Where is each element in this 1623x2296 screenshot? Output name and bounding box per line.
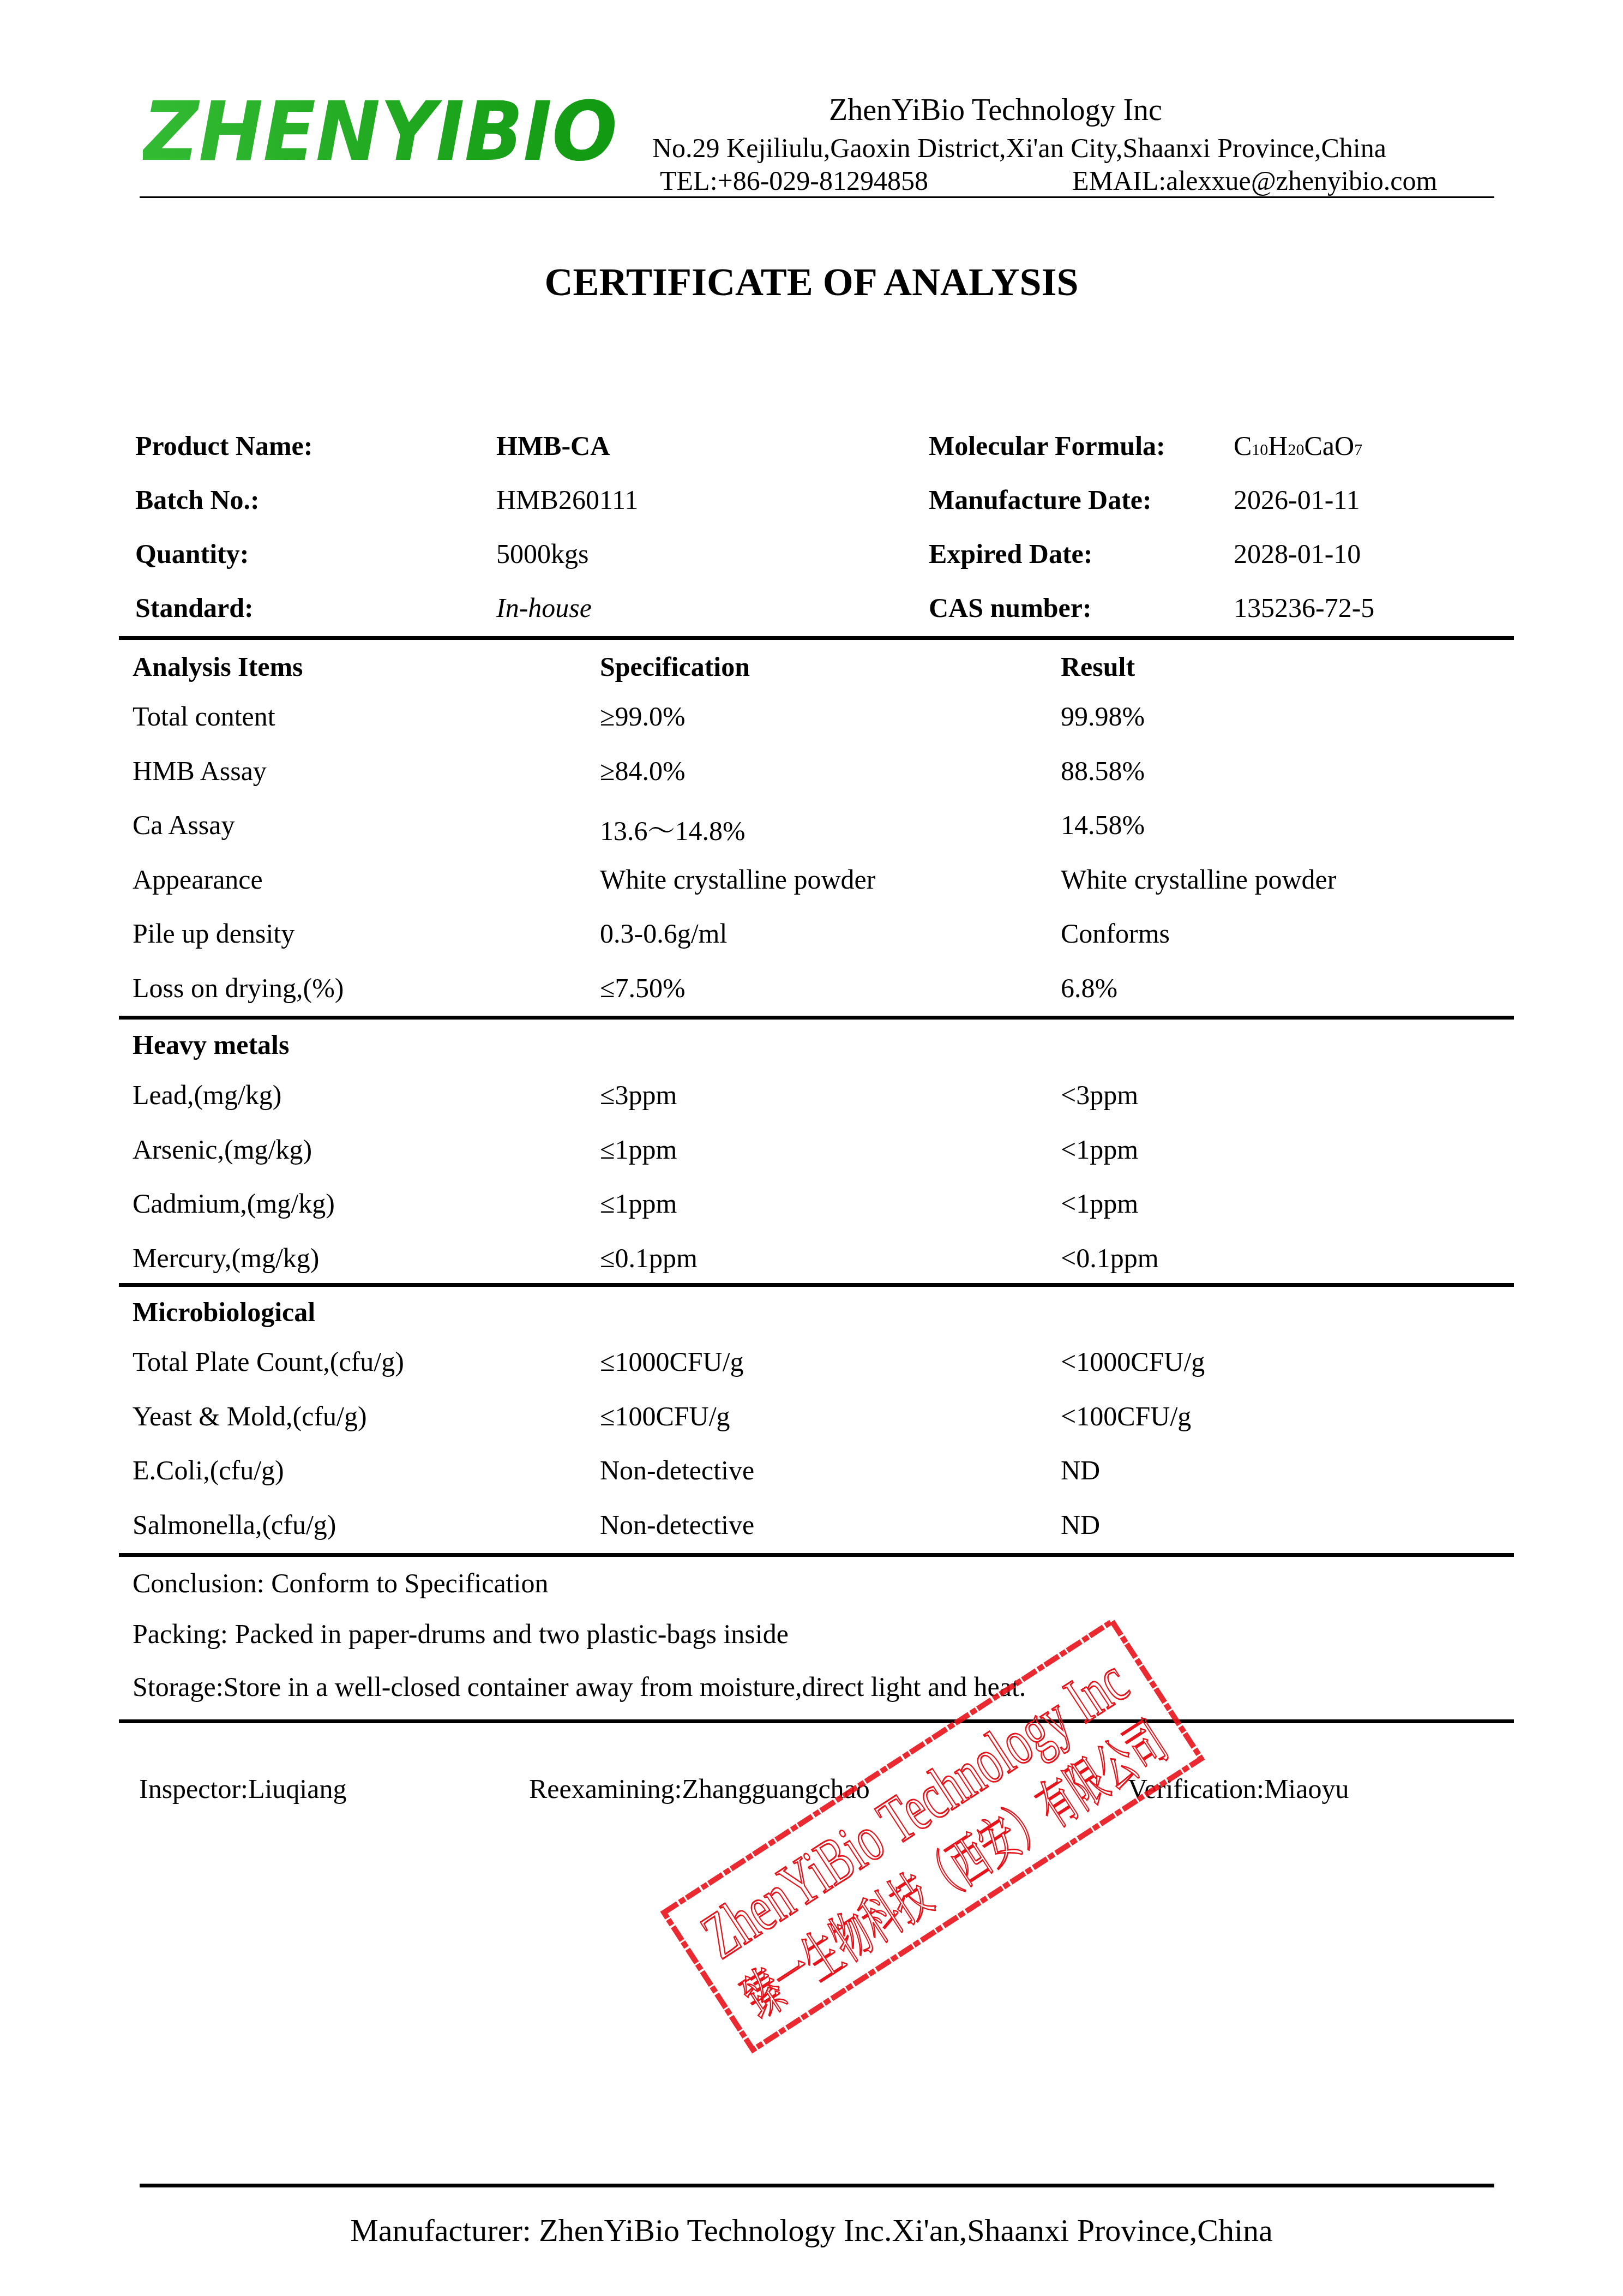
cas-value: 135236-72-5 (1234, 592, 1374, 624)
company-logo: ZHENYIBIO (143, 95, 623, 166)
table-cell-result: <3ppm (1061, 1079, 1138, 1111)
manufacture-date-value: 2026-01-11 (1234, 484, 1360, 515)
table-cell-spec: 13.6～14.8% (600, 809, 746, 848)
company-address: No.29 Kejiliulu,Gaoxin District,Xi'an Ci… (652, 132, 1386, 164)
table-cell-item: Total content (133, 700, 275, 732)
product-name-label: Product Name: (135, 430, 312, 461)
table-cell-spec: ≤3ppm (600, 1079, 677, 1111)
table-cell-spec: ≤1ppm (600, 1188, 677, 1219)
page-title: CERTIFICATE OF ANALYSIS (0, 260, 1623, 305)
table-cell-result: ND (1061, 1509, 1100, 1540)
table-cell-item: E.Coli,(cfu/g) (133, 1454, 284, 1486)
product-name-value: HMB-CA (496, 430, 610, 461)
table-cell-result: 88.58% (1061, 755, 1145, 787)
table-top-rule (119, 636, 1514, 640)
table-cell-spec: ≤0.1ppm (600, 1242, 698, 1274)
company-email: EMAIL:alexxue@zhenyibio.com (1072, 165, 1437, 196)
table-cell-result: <0.1ppm (1061, 1242, 1159, 1274)
formula-value: C10H20CaO7 (1234, 430, 1362, 461)
header-divider (140, 196, 1494, 198)
table-cell-result: 99.98% (1061, 700, 1145, 732)
table-header: Result (1061, 651, 1135, 682)
table-cell-item: Appearance (133, 864, 263, 895)
table-cell-spec: White crystalline powder (600, 864, 875, 895)
formula-label: Molecular Formula: (929, 430, 1165, 461)
table-cell-item: Loss on drying,(%) (133, 972, 344, 1004)
table-cell-result: <1ppm (1061, 1134, 1138, 1165)
table-cell-result: <1000CFU/g (1061, 1346, 1205, 1377)
inspector-signature: Inspector:Liuqiang (139, 1773, 346, 1805)
batch-value: HMB260111 (496, 484, 638, 515)
section-title-heavy-metals: Heavy metals (133, 1029, 289, 1060)
table-cell-result: <100CFU/g (1061, 1400, 1191, 1432)
table-cell-item: Pile up density (133, 918, 294, 949)
expired-date-value: 2028-01-10 (1234, 538, 1361, 569)
table-cell-result: 14.58% (1061, 809, 1145, 841)
table-cell-spec: ≤100CFU/g (600, 1400, 730, 1432)
table-cell-result: White crystalline powder (1061, 864, 1336, 895)
table-header: Analysis Items (133, 651, 303, 682)
table-cell-item: Arsenic,(mg/kg) (133, 1134, 312, 1165)
table-cell-item: Cadmium,(mg/kg) (133, 1188, 335, 1219)
company-seal-stamp: ZhenYiBio Technology Inc 臻一生物科技（西安）有限公司 (635, 1612, 1230, 2059)
table-cell-spec: ≥99.0% (600, 700, 686, 732)
table-cell-result: ND (1061, 1454, 1100, 1486)
table-cell-result: <1ppm (1061, 1188, 1138, 1219)
quantity-value: 5000kgs (496, 538, 588, 569)
company-name: ZhenYiBio Technology Inc (829, 93, 1162, 128)
table-cell-spec: 0.3-0.6g/ml (600, 918, 727, 949)
quantity-label: Quantity: (135, 538, 249, 569)
table-cell-result: Conforms (1061, 918, 1170, 949)
logo-text: ZHENYIBIO (143, 95, 617, 166)
table-cell-spec: ≤1ppm (600, 1134, 677, 1165)
batch-label: Batch No.: (135, 484, 260, 515)
table-cell-spec: ≥84.0% (600, 755, 686, 787)
table-cell-item: Mercury,(mg/kg) (133, 1242, 319, 1274)
table-header: Specification (600, 651, 750, 682)
table-cell-item: Total Plate Count,(cfu/g) (133, 1346, 404, 1377)
company-tel: TEL:+86-029-81294858 (660, 165, 928, 196)
manufacture-date-label: Manufacture Date: (929, 484, 1152, 515)
footer-divider (140, 2184, 1494, 2187)
table-cell-item: Lead,(mg/kg) (133, 1079, 282, 1111)
table-cell-item: Salmonella,(cfu/g) (133, 1509, 336, 1540)
table-cell-spec: Non-detective (600, 1454, 754, 1486)
section-title-microbiological: Microbiological (133, 1296, 315, 1328)
footer-manufacturer: Manufacturer: ZhenYiBio Technology Inc.X… (0, 2212, 1623, 2249)
section-rule-microbiological (119, 1283, 1514, 1287)
table-cell-item: HMB Assay (133, 755, 267, 787)
table-cell-result: 6.8% (1061, 972, 1117, 1004)
table-cell-spec: Non-detective (600, 1509, 754, 1540)
cas-label: CAS number: (929, 592, 1092, 624)
table-cell-item: Yeast & Mold,(cfu/g) (133, 1400, 367, 1432)
standard-value: In-house (496, 592, 592, 624)
notes-top-rule (119, 1553, 1514, 1557)
standard-label: Standard: (135, 592, 254, 624)
table-cell-item: Ca Assay (133, 809, 235, 841)
expired-date-label: Expired Date: (929, 538, 1092, 569)
conclusion-text: Conclusion: Conform to Specification (133, 1567, 548, 1599)
table-cell-spec: ≤7.50% (600, 972, 686, 1004)
section-rule-heavy-metals (119, 1016, 1514, 1020)
table-cell-spec: ≤1000CFU/g (600, 1346, 744, 1377)
